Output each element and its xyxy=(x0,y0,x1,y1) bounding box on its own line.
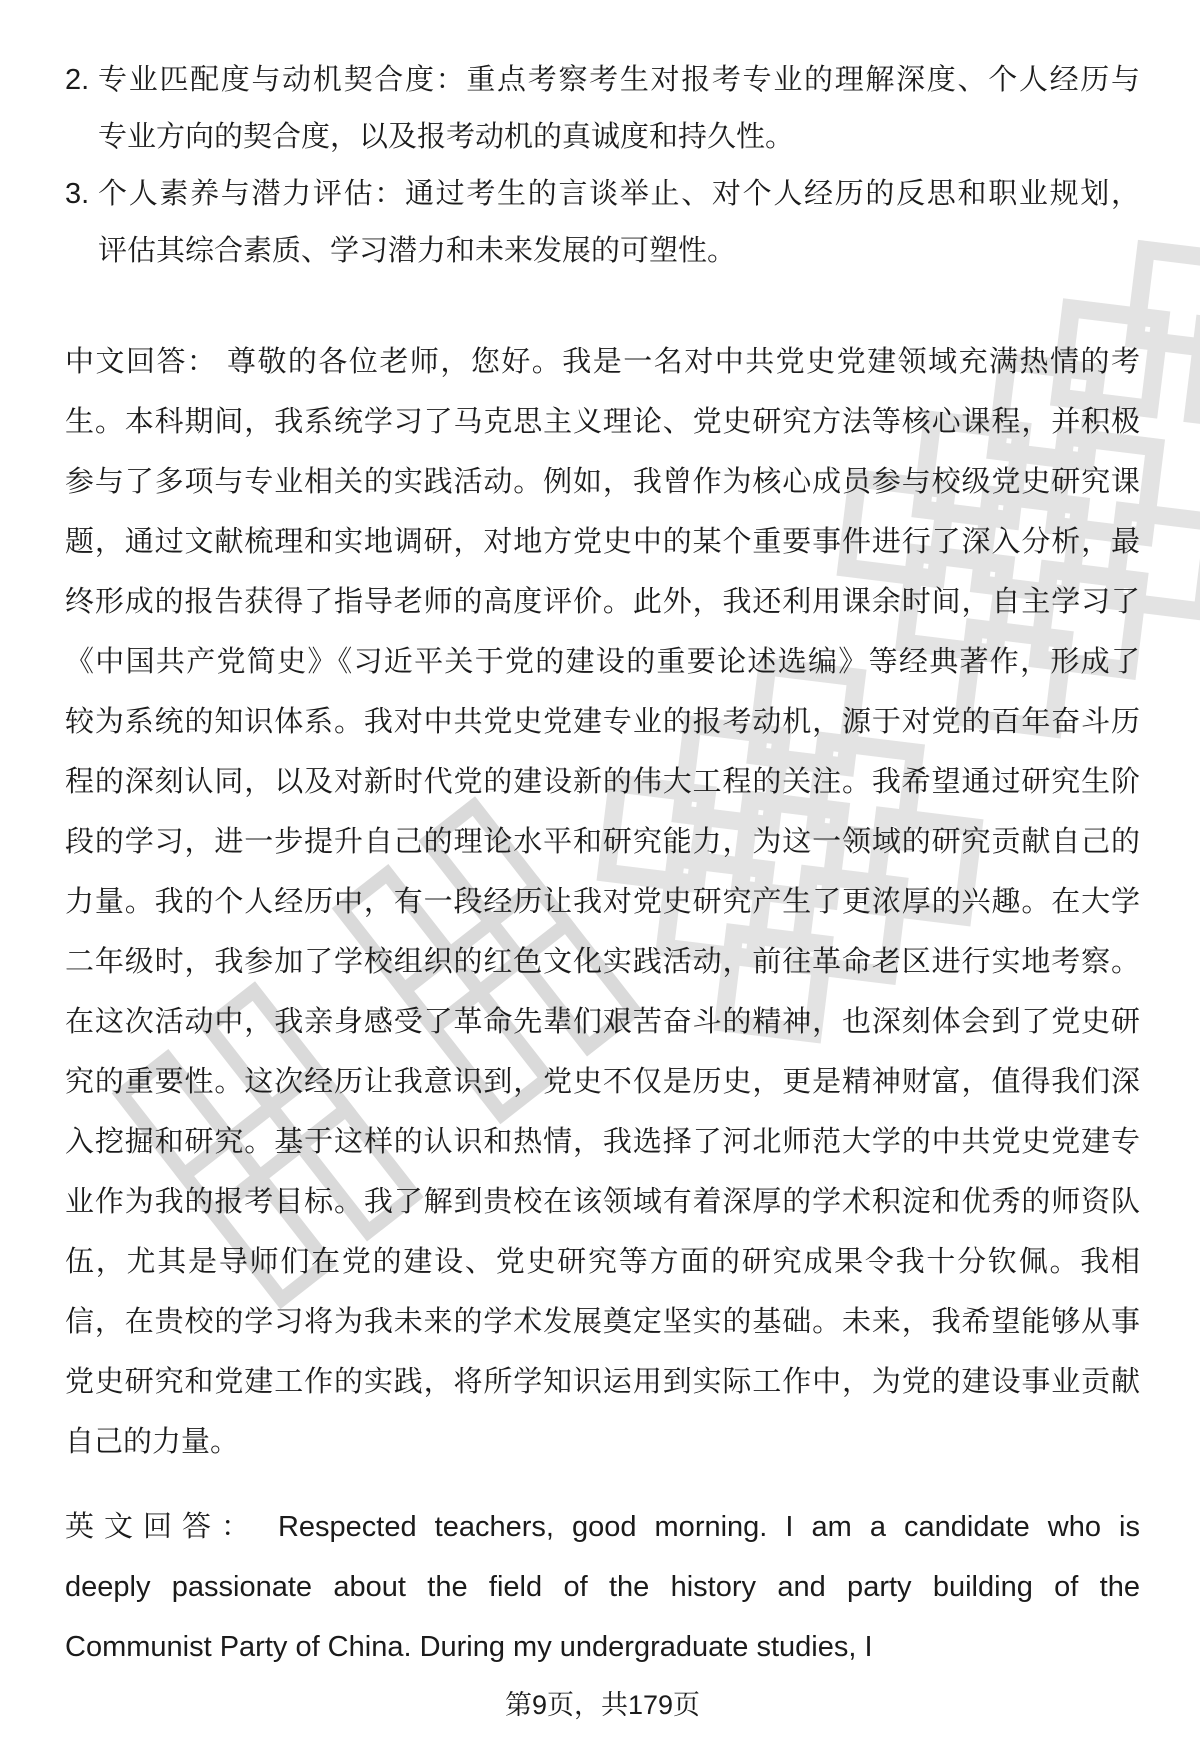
text-line: 生。本科期间，我系统学习了马克思主义理论、党史研究方法等核心课程，并积极 xyxy=(65,392,1140,452)
document-page: 2. 专业匹配度与动机契合度：重点考察考生对报考专业的理解深度、个人经历与 专业… xyxy=(0,0,1200,1755)
text-line: 中文回答： 尊敬的各位老师，您好。我是一名对中共党史党建领域充满热情的考 xyxy=(65,332,1140,392)
text-line: 专业方向的契合度，以及报考动机的真诚度和持久性。 xyxy=(98,109,1140,166)
text-line: 自己的力量。 xyxy=(65,1412,1140,1472)
page-number-footer: 第9页，共179页 xyxy=(65,1685,1140,1725)
list-item-marker: 3. xyxy=(65,166,98,280)
list-item: 3. 个人素养与潜力评估：通过考生的言谈举止、对个人经历的反思和职业规划， 评估… xyxy=(65,166,1140,280)
text-line: 究的重要性。这次经历让我意识到，党史不仅是历史，更是精神财富，值得我们深 xyxy=(65,1052,1140,1112)
text-line: 二年级时，我参加了学校组织的红色文化实践活动，前往革命老区进行实地考察。 xyxy=(65,932,1140,992)
text-line: deeply passionate about the field of the… xyxy=(65,1557,1140,1617)
text-line: 信，在贵校的学习将为我未来的学术发展奠定坚实的基础。未来，我希望能够从事 xyxy=(65,1292,1140,1352)
paragraph-english-answer: 英文回答： Respected teachers, good morning. … xyxy=(65,1497,1140,1677)
numbered-list: 2. 专业匹配度与动机契合度：重点考察考生对报考专业的理解深度、个人经历与 专业… xyxy=(65,52,1140,280)
text-line: 业作为我的报考目标。我了解到贵校在该领域有着深厚的学术积淀和优秀的师资队 xyxy=(65,1172,1140,1232)
list-item-text: 专业匹配度与动机契合度：重点考察考生对报考专业的理解深度、个人经历与 专业方向的… xyxy=(98,52,1140,166)
text-line: 终形成的报告获得了指导老师的高度评价。此外，我还利用课余时间，自主学习了 xyxy=(65,572,1140,632)
text-line: Communist Party of China. During my unde… xyxy=(65,1617,1140,1677)
text-line: 段的学习，进一步提升自己的理论水平和研究能力，为这一领域的研究贡献自己的 xyxy=(65,812,1140,872)
text-line: 英文回答： Respected teachers, good morning. … xyxy=(65,1497,1140,1557)
text-line: 专业匹配度与动机契合度：重点考察考生对报考专业的理解深度、个人经历与 xyxy=(98,52,1140,109)
text-line: 党史研究和党建工作的实践，将所学知识运用到实际工作中，为党的建设事业贡献 xyxy=(65,1352,1140,1412)
text-line: 程的深刻认同，以及对新时代党的建设新的伟大工程的关注。我希望通过研究生阶 xyxy=(65,752,1140,812)
text-line: 在这次活动中，我亲身感受了革命先辈们艰苦奋斗的精神，也深刻体会到了党史研 xyxy=(65,992,1140,1052)
text-line: 参与了多项与专业相关的实践活动。例如，我曾作为核心成员参与校级党史研究课 xyxy=(65,452,1140,512)
text-line: 《中国共产党简史》《习近平关于党的建设的重要论述选编》等经典著作，形成了 xyxy=(65,632,1140,692)
text-line: 较为系统的知识体系。我对中共党史党建专业的报考动机，源于对党的百年奋斗历 xyxy=(65,692,1140,752)
text-line: 伍，尤其是导师们在党的建设、党史研究等方面的研究成果令我十分钦佩。我相 xyxy=(65,1232,1140,1292)
list-item: 2. 专业匹配度与动机契合度：重点考察考生对报考专业的理解深度、个人经历与 专业… xyxy=(65,52,1140,166)
paragraph-chinese-answer: 中文回答： 尊敬的各位老师，您好。我是一名对中共党史党建领域充满热情的考 生。本… xyxy=(65,332,1140,1472)
text-line: 入挖掘和研究。基于这样的认识和热情，我选择了河北师范大学的中共党史党建专 xyxy=(65,1112,1140,1172)
text-line: 力量。我的个人经历中，有一段经历让我对党史研究产生了更浓厚的兴趣。在大学 xyxy=(65,872,1140,932)
text-line: 个人素养与潜力评估：通过考生的言谈举止、对个人经历的反思和职业规划， xyxy=(98,166,1140,223)
list-item-text: 个人素养与潜力评估：通过考生的言谈举止、对个人经历的反思和职业规划， 评估其综合… xyxy=(98,166,1140,280)
text-line: 评估其综合素质、学习潜力和未来发展的可塑性。 xyxy=(98,223,1140,280)
document-body: 2. 专业匹配度与动机契合度：重点考察考生对报考专业的理解深度、个人经历与 专业… xyxy=(65,52,1140,1725)
list-item-marker: 2. xyxy=(65,52,98,166)
text-line: 题，通过文献梳理和实地调研，对地方党史中的某个重要事件进行了深入分析，最 xyxy=(65,512,1140,572)
